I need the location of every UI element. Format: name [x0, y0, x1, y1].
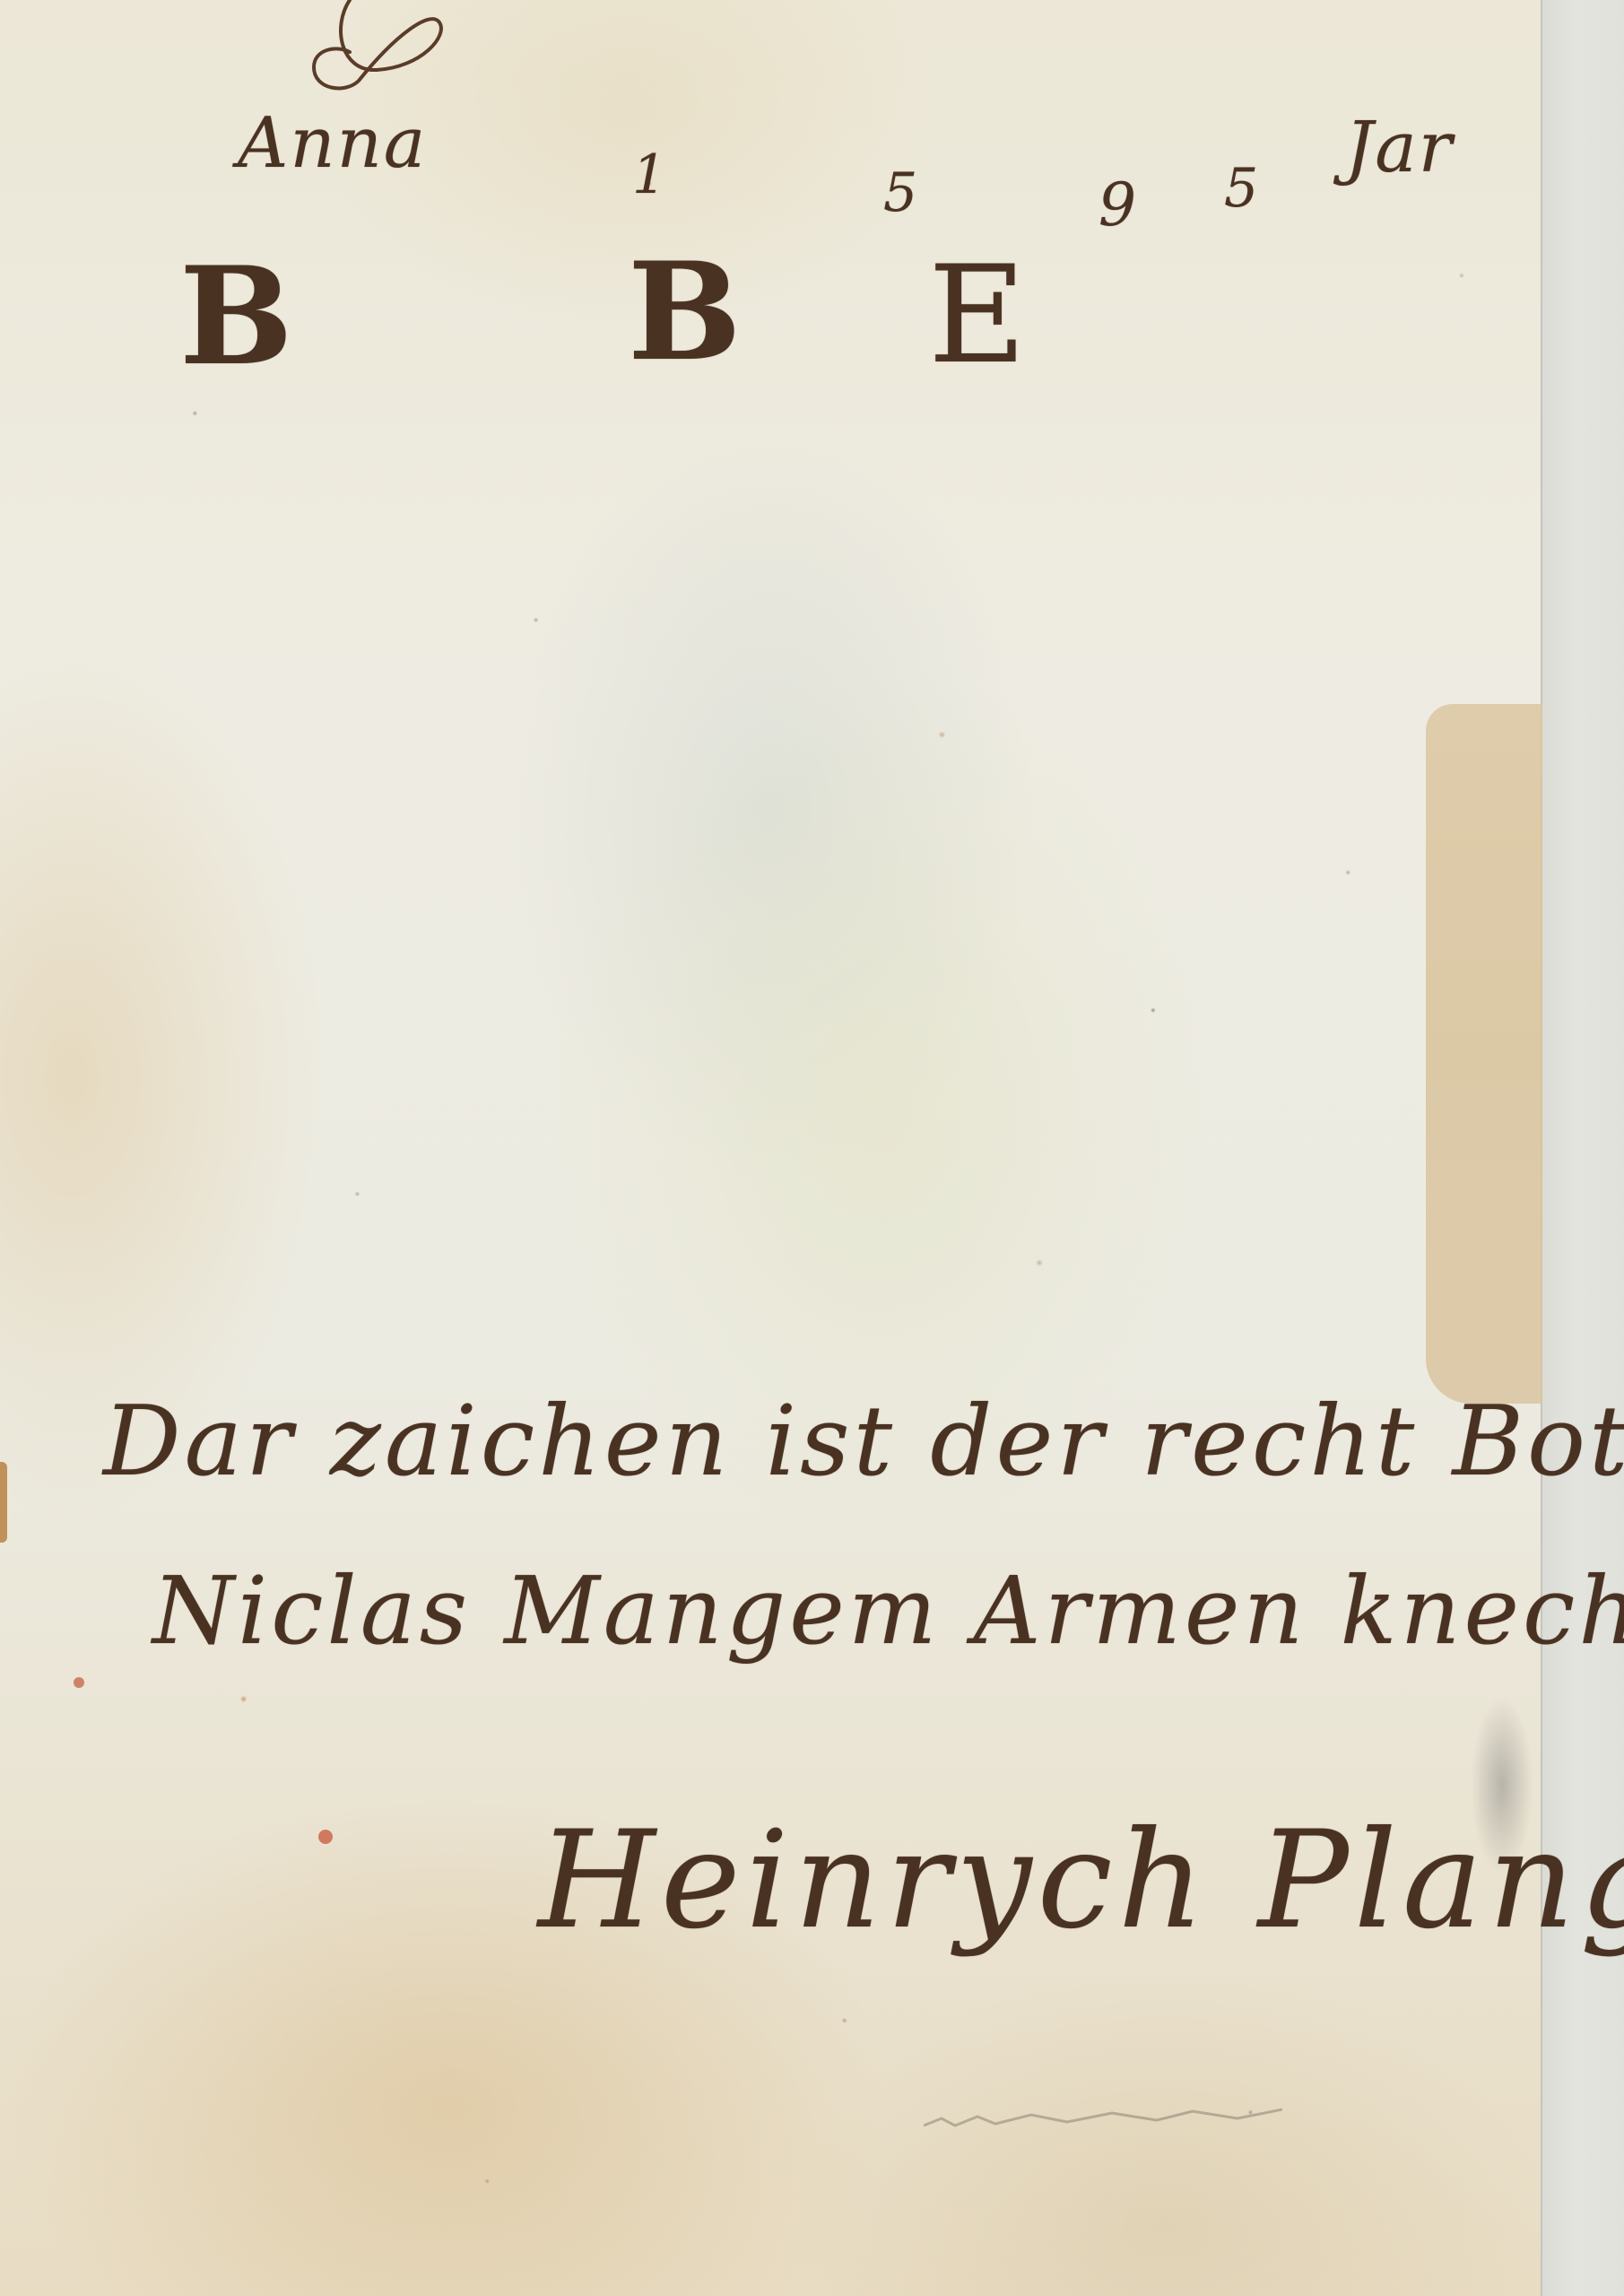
motto-line-1: Dar zaichen ist der recht Bott [103, 1386, 1624, 1498]
tape-stain [1426, 704, 1542, 1404]
header-name: Anna [238, 103, 427, 184]
date-digit: 1 [632, 143, 668, 206]
manuscript-page: Anna 1 5 9 5 Jar B B E Dar zaichen ist d… [0, 0, 1624, 2296]
motto-line-2: Niclas Mangem Armen knecht [152, 1556, 1624, 1665]
date-digit: 5 [1224, 157, 1260, 220]
red-spot [74, 1677, 84, 1688]
header-suffix: Jar [1345, 108, 1454, 188]
monogram-letter: B [179, 238, 295, 396]
flourish-ornament-icon [296, 0, 466, 99]
monogram-letter: E [928, 238, 1029, 394]
signature: Heinrych Plang [538, 1803, 1624, 1959]
red-spot [318, 1830, 333, 1844]
date-digit: 5 [883, 161, 919, 224]
date-digit: 9 [1099, 170, 1138, 239]
left-edge-tear [0, 1462, 7, 1543]
monogram-letter: B [628, 233, 743, 391]
faint-scribble-icon [924, 2099, 1282, 2135]
